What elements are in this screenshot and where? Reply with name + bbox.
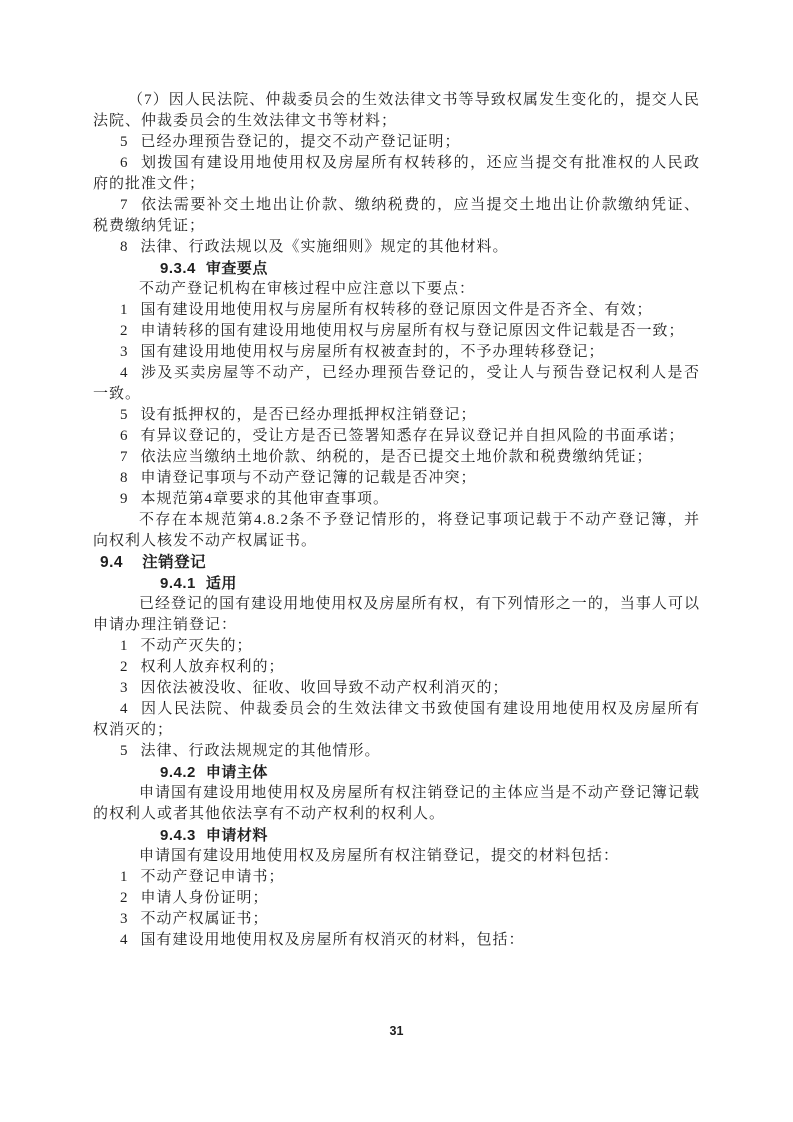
list-item-number: 4 bbox=[120, 932, 129, 948]
list-item: 8法律、行政法规以及《实施细则》规定的其他材料。 bbox=[93, 237, 700, 258]
list-item-number: 5 bbox=[120, 134, 129, 150]
subsection-heading: 9.4.3申请材料 bbox=[93, 825, 700, 846]
heading-title: 申请材料 bbox=[206, 827, 268, 844]
list-item: 1不动产灭失的； bbox=[93, 636, 700, 657]
paragraph: （7）因人民法院、仲裁委员会的生效法律文书等导致权属发生变化的，提交人民法院、仲… bbox=[93, 90, 700, 132]
list-item-number: 3 bbox=[120, 344, 129, 360]
list-item-text: 法律、行政法规以及《实施细则》规定的其他材料。 bbox=[141, 239, 509, 255]
list-item-number: 5 bbox=[120, 407, 129, 423]
paragraph: 申请国有建设用地使用权及房屋所有权注销登记，提交的材料包括： bbox=[93, 846, 700, 867]
list-item: 3因依法被没收、征收、收回导致不动产权利消灭的； bbox=[93, 678, 700, 699]
list-item: 5法律、行政法规规定的其他情形。 bbox=[93, 741, 700, 762]
list-item-text: 申请人身份证明； bbox=[141, 890, 269, 906]
list-item: 9本规范第4章要求的其他审查事项。 bbox=[93, 489, 700, 510]
list-item: 1国有建设用地使用权与房屋所有权转移的登记原因文件是否齐全、有效； bbox=[93, 300, 700, 321]
heading-title: 注销登记 bbox=[142, 554, 206, 571]
list-item-text: 因人民法院、仲裁委员会的生效法律文书致使国有建设用地使用权及房屋所有权消灭的； bbox=[93, 701, 700, 738]
paragraph: 不存在本规范第4.8.2条不予登记情形的，将登记事项记载于不动产登记簿，并向权利… bbox=[93, 510, 700, 552]
list-item-text: 不动产登记申请书； bbox=[141, 869, 285, 885]
heading-number: 9.4.3 bbox=[160, 827, 196, 844]
list-item: 4因人民法院、仲裁委员会的生效法律文书致使国有建设用地使用权及房屋所有权消灭的； bbox=[93, 699, 700, 741]
list-item: 3不动产权属证书； bbox=[93, 909, 700, 930]
list-item-text: 国有建设用地使用权与房屋所有权转移的登记原因文件是否齐全、有效； bbox=[141, 302, 653, 318]
list-item-text: 涉及买卖房屋等不动产，已经办理预告登记的，受让人与预告登记权利人是否一致。 bbox=[93, 365, 700, 402]
list-item: 5设有抵押权的，是否已经办理抵押权注销登记； bbox=[93, 405, 700, 426]
list-item-text: 依法需要补交土地出让价款、缴纳税费的，应当提交土地出让价款缴纳凭证、税费缴纳凭证… bbox=[93, 197, 700, 234]
section-heading: 9.4注销登记 bbox=[93, 552, 700, 573]
document-page: （7）因人民法院、仲裁委员会的生效法律文书等导致权属发生变化的，提交人民法院、仲… bbox=[0, 0, 793, 1122]
list-item: 6有异议登记的，受让方是否已签署知悉存在异议登记并自担风险的书面承诺； bbox=[93, 426, 700, 447]
list-item: 2权利人放弃权利的； bbox=[93, 657, 700, 678]
list-item-number: 5 bbox=[120, 743, 129, 759]
page-number: 31 bbox=[0, 1024, 793, 1038]
subsection-heading: 9.4.1适用 bbox=[93, 573, 700, 594]
list-item-text: 本规范第4章要求的其他审查事项。 bbox=[141, 491, 390, 507]
heading-title: 审查要点 bbox=[206, 260, 268, 277]
list-item-text: 设有抵押权的，是否已经办理抵押权注销登记； bbox=[141, 407, 477, 423]
list-item-number: 3 bbox=[120, 911, 129, 927]
list-item-number: 6 bbox=[120, 155, 129, 171]
list-item-text: 不动产权属证书； bbox=[141, 911, 269, 927]
list-item: 7依法应当缴纳土地价款、纳税的，是否已提交土地价款和税费缴纳凭证； bbox=[93, 447, 700, 468]
list-item-number: 4 bbox=[120, 365, 129, 381]
list-item: 5已经办理预告登记的，提交不动产登记证明； bbox=[93, 132, 700, 153]
heading-title: 申请主体 bbox=[206, 764, 268, 781]
heading-number: 9.4.2 bbox=[160, 764, 196, 781]
list-item-text: 国有建设用地使用权及房屋所有权消灭的材料，包括： bbox=[141, 932, 525, 948]
paragraph: 申请国有建设用地使用权及房屋所有权注销登记的主体应当是不动产登记簿记载的权利人或… bbox=[93, 783, 700, 825]
list-item-number: 7 bbox=[120, 197, 129, 213]
list-item-number: 1 bbox=[120, 638, 129, 654]
list-item: 4国有建设用地使用权及房屋所有权消灭的材料，包括： bbox=[93, 930, 700, 951]
list-item-text: 申请转移的国有建设用地使用权与房屋所有权与登记原因文件记载是否一致； bbox=[141, 323, 685, 339]
list-item-text: 不动产灭失的； bbox=[141, 638, 253, 654]
list-item: 4涉及买卖房屋等不动产，已经办理预告登记的，受让人与预告登记权利人是否一致。 bbox=[93, 363, 700, 405]
subsection-heading: 9.3.4审查要点 bbox=[93, 258, 700, 279]
list-item-text: 划拨国有建设用地使用权及房屋所有权转移的，还应当提交有批准权的人民政府的批准文件… bbox=[93, 155, 700, 192]
list-item: 8申请登记事项与不动产登记簿的记载是否冲突； bbox=[93, 468, 700, 489]
heading-number: 9.3.4 bbox=[160, 260, 196, 277]
list-item-number: 6 bbox=[120, 428, 129, 444]
list-item: 7依法需要补交土地出让价款、缴纳税费的，应当提交土地出让价款缴纳凭证、税费缴纳凭… bbox=[93, 195, 700, 237]
list-item-number: 2 bbox=[120, 890, 129, 906]
list-item: 1不动产登记申请书； bbox=[93, 867, 700, 888]
list-item-text: 申请登记事项与不动产登记簿的记载是否冲突； bbox=[141, 470, 477, 486]
list-item: 2申请人身份证明； bbox=[93, 888, 700, 909]
list-item-text: 因依法被没收、征收、收回导致不动产权利消灭的； bbox=[141, 680, 509, 696]
list-item-number: 1 bbox=[120, 869, 129, 885]
list-item-number: 8 bbox=[120, 239, 129, 255]
list-item-text: 国有建设用地使用权与房屋所有权被查封的，不予办理转移登记； bbox=[141, 344, 605, 360]
list-item-number: 9 bbox=[120, 491, 129, 507]
list-item-number: 3 bbox=[120, 680, 129, 696]
list-item: 2申请转移的国有建设用地使用权与房屋所有权与登记原因文件记载是否一致； bbox=[93, 321, 700, 342]
heading-title: 适用 bbox=[206, 575, 237, 592]
heading-number: 9.4 bbox=[100, 554, 123, 571]
list-item-number: 7 bbox=[120, 449, 129, 465]
document-body: （7）因人民法院、仲裁委员会的生效法律文书等导致权属发生变化的，提交人民法院、仲… bbox=[93, 90, 700, 951]
list-item-number: 8 bbox=[120, 470, 129, 486]
list-item-text: 权利人放弃权利的； bbox=[141, 659, 285, 675]
list-item-text: 依法应当缴纳土地价款、纳税的，是否已提交土地价款和税费缴纳凭证； bbox=[141, 449, 653, 465]
list-item-number: 2 bbox=[120, 659, 129, 675]
list-item: 6划拨国有建设用地使用权及房屋所有权转移的，还应当提交有批准权的人民政府的批准文… bbox=[93, 153, 700, 195]
list-item-number: 1 bbox=[120, 302, 129, 318]
list-item-number: 4 bbox=[120, 701, 129, 717]
paragraph: 不动产登记机构在审核过程中应注意以下要点： bbox=[93, 279, 700, 300]
list-item: 3国有建设用地使用权与房屋所有权被查封的，不予办理转移登记； bbox=[93, 342, 700, 363]
list-item-number: 2 bbox=[120, 323, 129, 339]
heading-number: 9.4.1 bbox=[160, 575, 196, 592]
list-item-text: 法律、行政法规规定的其他情形。 bbox=[141, 743, 381, 759]
list-item-text: 有异议登记的，受让方是否已签署知悉存在异议登记并自担风险的书面承诺； bbox=[141, 428, 685, 444]
list-item-text: 已经办理预告登记的，提交不动产登记证明； bbox=[141, 134, 461, 150]
subsection-heading: 9.4.2申请主体 bbox=[93, 762, 700, 783]
paragraph: 已经登记的国有建设用地使用权及房屋所有权，有下列情形之一的，当事人可以申请办理注… bbox=[93, 594, 700, 636]
